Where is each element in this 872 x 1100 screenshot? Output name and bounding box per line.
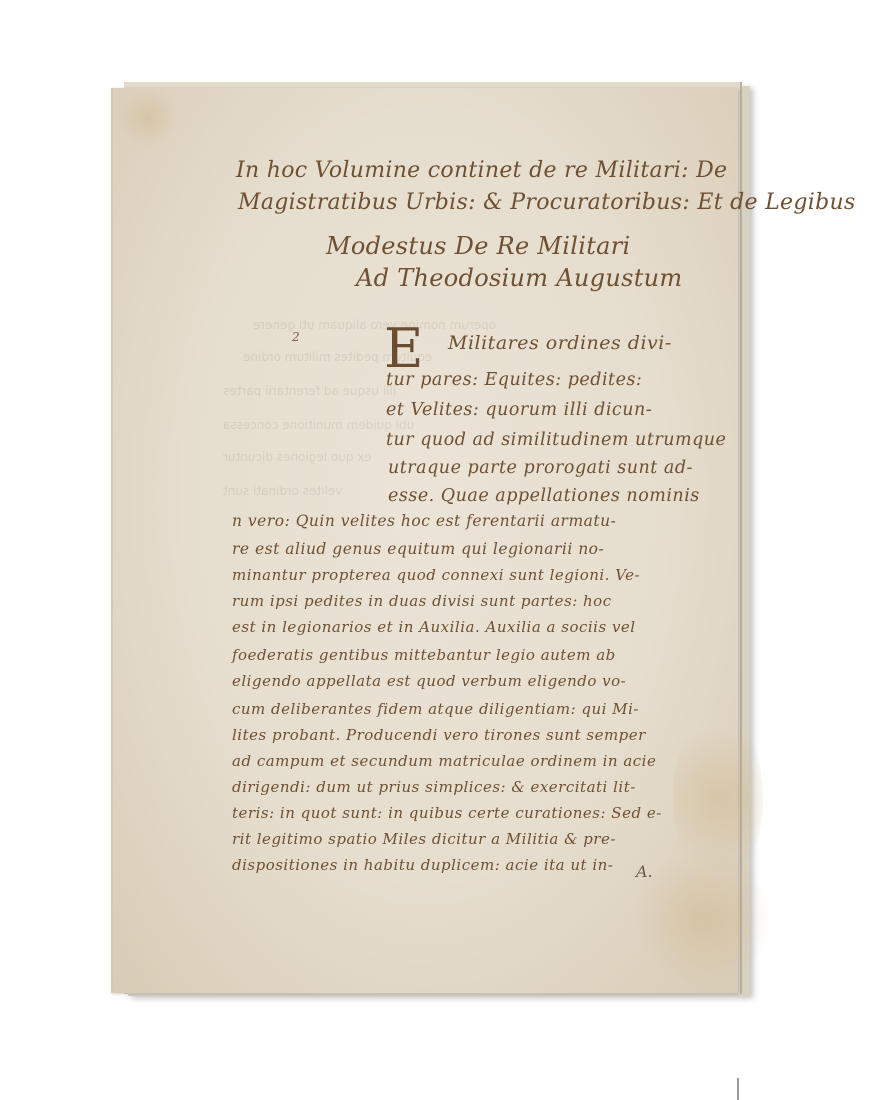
stain <box>118 88 178 148</box>
body-line: dispositiones in habitu duplicem: acie i… <box>232 856 613 874</box>
body-line: rit legitimo spatio Miles dicitur a Mili… <box>232 830 616 848</box>
bleed-through-text: velites ordinati sunt <box>223 484 342 498</box>
body-line: re est aliud genus equitum qui legionari… <box>232 540 604 558</box>
body-line: minantur propterea quod connexi sunt leg… <box>232 566 640 584</box>
folio-mark: 2 <box>292 330 300 344</box>
page-signature: A. <box>636 862 653 881</box>
body-line: est in legionarios et in Auxilia. Auxili… <box>232 618 636 636</box>
stain <box>633 848 773 988</box>
bleed-through-text: illi usque ad ferentarii partes <box>223 384 396 398</box>
body-line: foederatis gentibus mittebantur legio au… <box>232 646 616 664</box>
bleed-through-text: operum nomine vero aliquam uti genere <box>253 318 496 332</box>
body-line: eligendo appellata est quod verbum elige… <box>232 672 626 690</box>
body-line: dirigendi: dum ut prius simplices: & exe… <box>232 778 636 796</box>
body-line: rum ipsi pedites in duas divisi sunt par… <box>232 592 612 610</box>
body-line: esse. Quae appellationes nominis <box>388 486 700 506</box>
body-line: lites probant. Producendi vero tirones s… <box>232 726 646 744</box>
title-line-1: In hoc Volumine continet de re Militari:… <box>236 158 727 183</box>
decorated-initial: E <box>384 322 423 376</box>
body-line: et Velites: quorum illi dicun- <box>386 400 652 420</box>
body-line: ad campum et secundum matriculae ordinem… <box>232 752 656 770</box>
edge-mark <box>737 1078 739 1100</box>
title-line-2: Magistratibus Urbis: & Procuratoribus: E… <box>238 190 856 215</box>
body-line: n vero: Quin velites hoc est ferentarii … <box>232 512 616 530</box>
body-line: tur quod ad similitudinem utrumque <box>386 430 726 450</box>
subtitle-line-1: Modestus De Re Militari <box>326 232 631 260</box>
body-line: tur pares: Equites: pedites: <box>386 370 642 390</box>
bleed-through-text: ex quo legiones dicuntur <box>223 450 372 464</box>
body-line: teris: in quot sunt: in quibus certe cur… <box>232 804 662 822</box>
body-line: cum deliberantes fidem atque diligentiam… <box>232 700 639 718</box>
subtitle-line-2: Ad Theodosium Augustum <box>356 264 682 292</box>
body-line: Militares ordines divi- <box>448 332 672 354</box>
body-line: utraque parte prorogati sunt ad- <box>388 458 693 478</box>
